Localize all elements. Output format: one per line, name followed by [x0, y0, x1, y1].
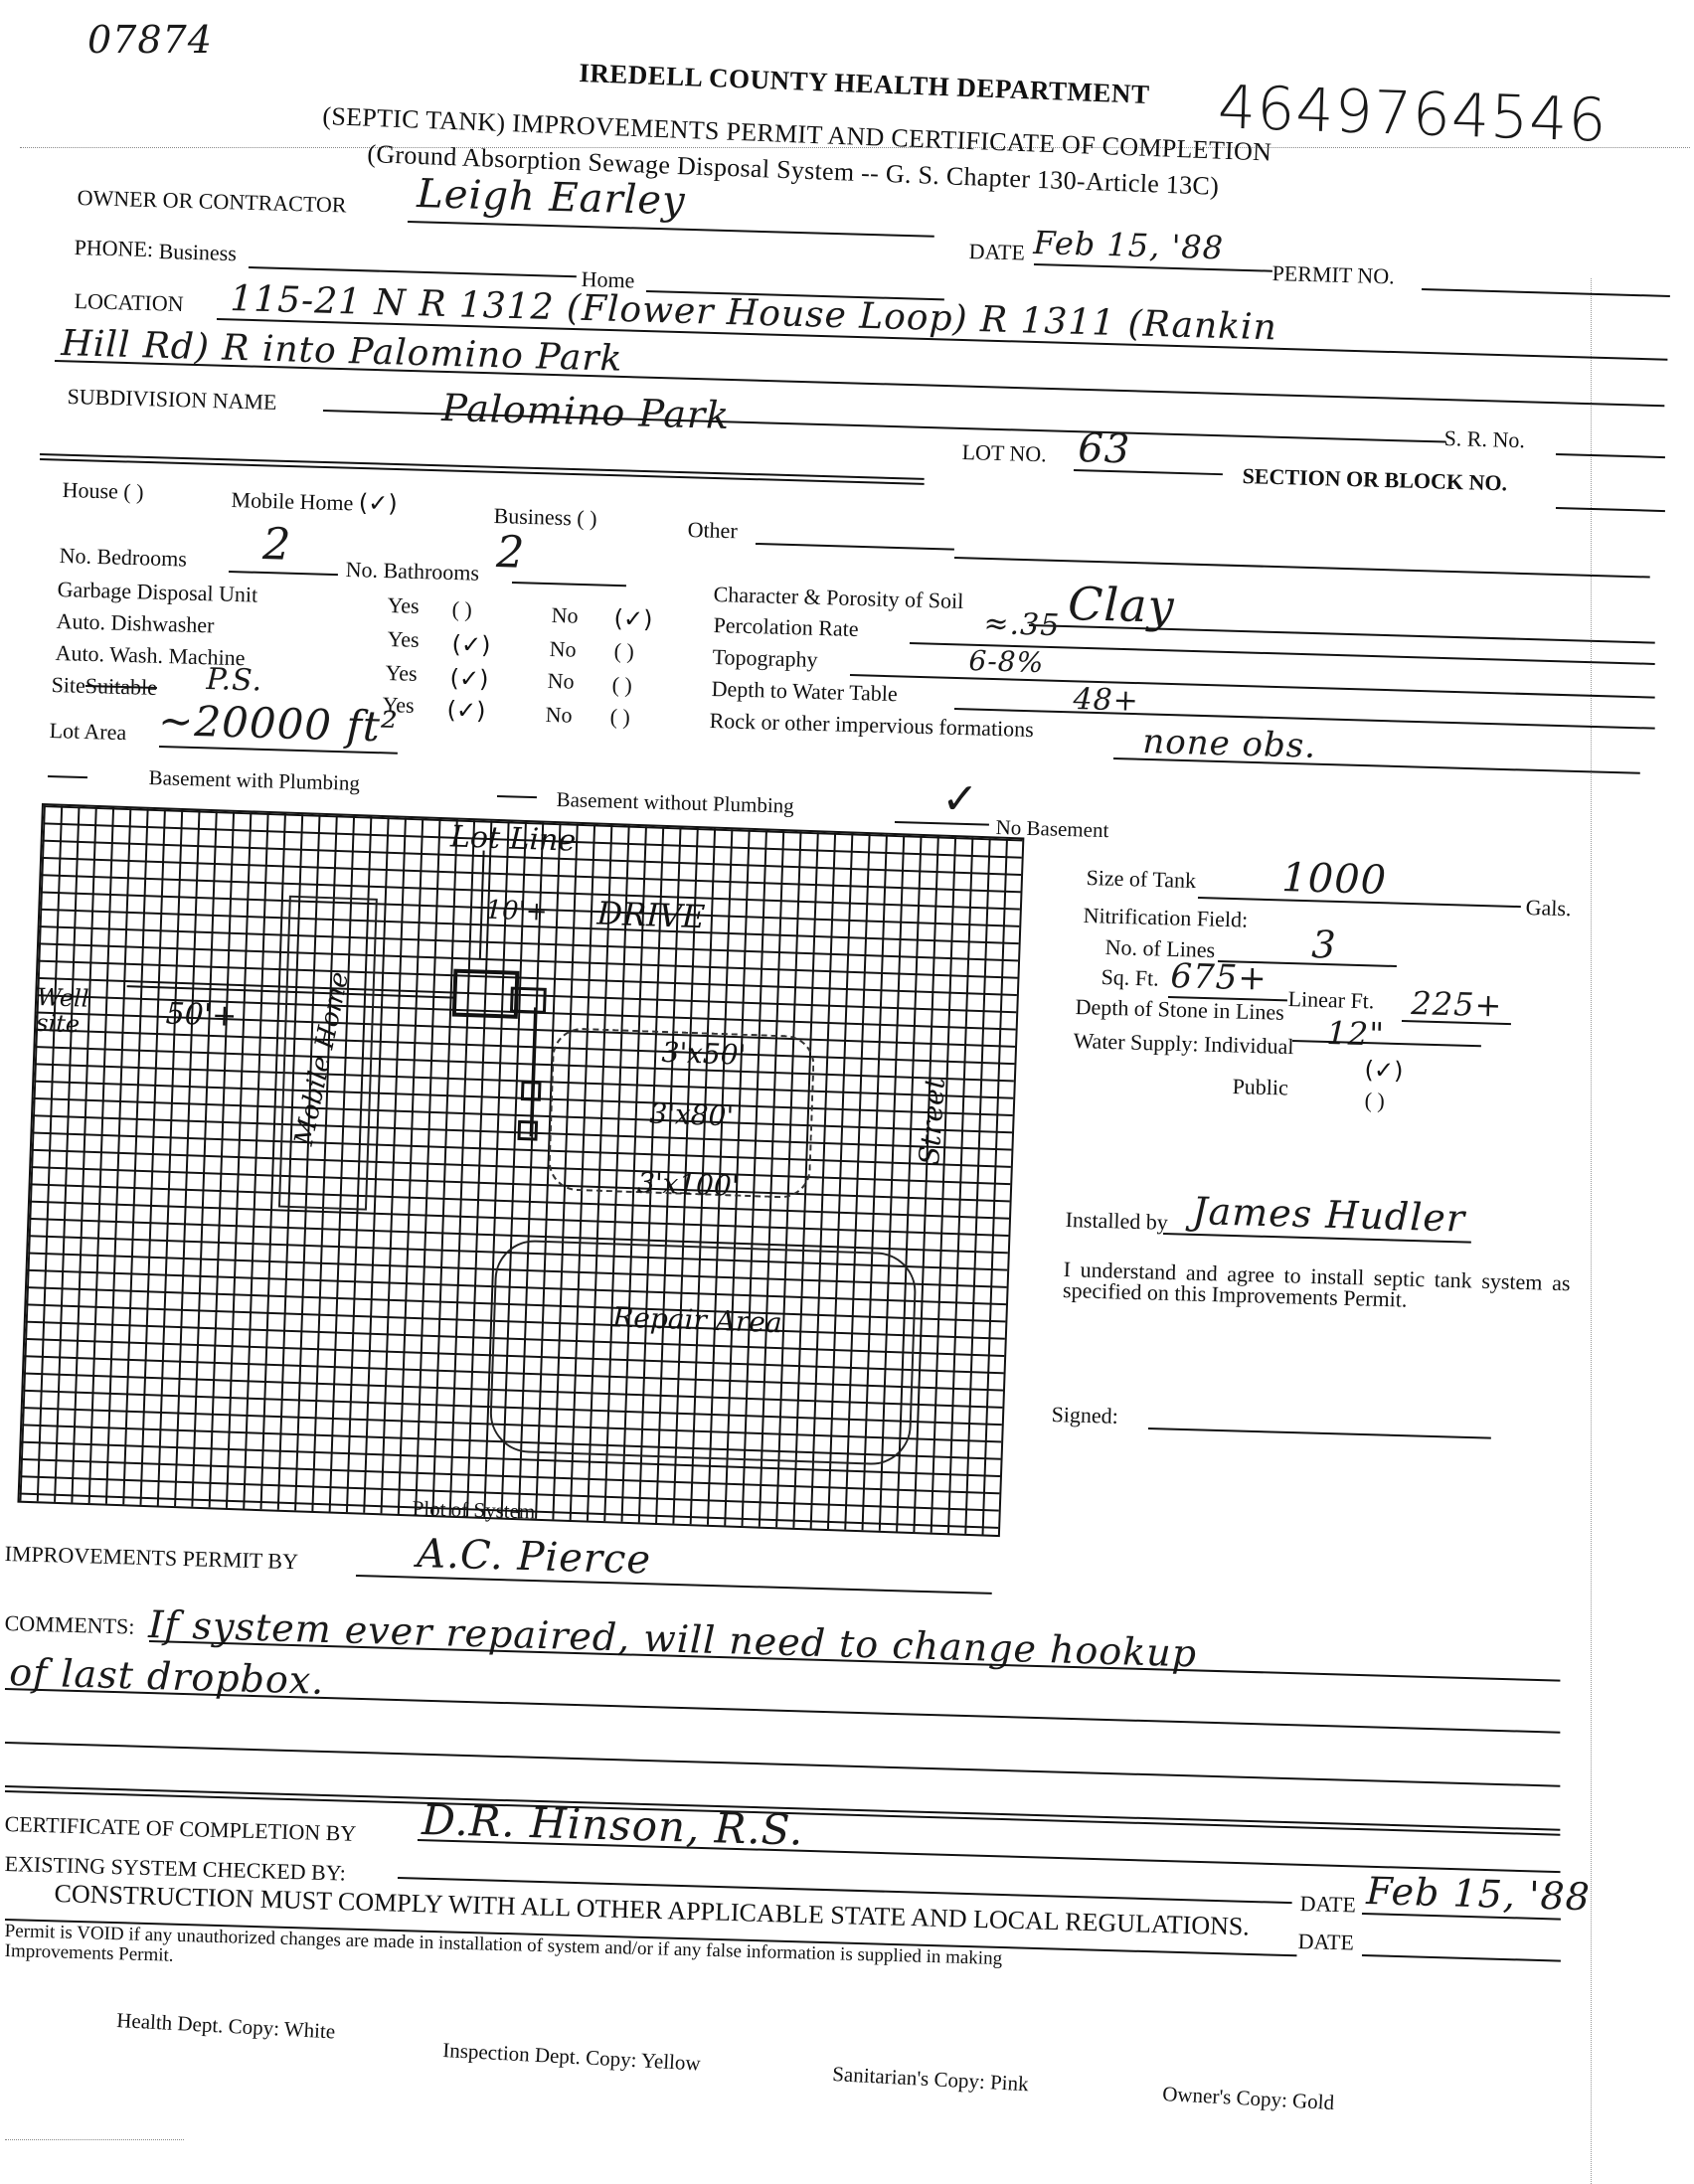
basement-without-label: Basement without Plumbing [556, 787, 794, 819]
copy-health-dept: Health Dept. Copy: White [116, 2008, 336, 2044]
percolation-label: Percolation Rate [713, 612, 859, 642]
site-yes-checkbox[interactable]: (✓) [446, 696, 486, 725]
comments-label: COMMENTS: [4, 1610, 134, 1640]
repair-area-note: Repair Area [612, 1300, 782, 1339]
garbage-yes-checkbox[interactable]: ( ) [451, 596, 472, 623]
installer-agreement: I understand and agree to install septic… [1063, 1259, 1571, 1314]
public-label: Public [1232, 1074, 1288, 1101]
signed-label: Signed: [1051, 1402, 1118, 1429]
garbage-no-checkbox[interactable]: (✓) [613, 604, 653, 633]
distance-left-note: 50'+ [165, 996, 238, 1033]
existing-date-field[interactable] [1362, 1954, 1561, 1962]
stone-depth-label: Depth of Stone in Lines [1075, 994, 1284, 1026]
street-note: Street [913, 1077, 951, 1166]
no-basement-check[interactable]: ✓ [941, 773, 980, 825]
distribution-box [510, 987, 547, 1014]
installed-by-value[interactable]: James Hudler [1192, 1189, 1466, 1241]
other-label: Other [687, 517, 738, 544]
public-checkbox[interactable]: ( ) [1364, 1088, 1385, 1114]
sr-no-field[interactable] [1556, 453, 1665, 458]
lot-area-value[interactable]: ~20000 ft² [158, 696, 400, 752]
drain-line-2: 3'x80' [649, 1097, 735, 1133]
sqft-label: Sq. Ft. [1101, 964, 1159, 992]
drive-note: DRIVE [596, 895, 706, 936]
installed-by-label: Installed by [1065, 1207, 1168, 1236]
water-supply-label: Water Supply: Individual [1073, 1028, 1294, 1060]
basement-with-label: Basement with Plumbing [148, 765, 360, 796]
dimension-arrow-vertical [479, 851, 485, 960]
phone-label: PHONE: [74, 235, 153, 262]
site-handwritten: P.S. [206, 662, 263, 699]
scan-bottom-line [5, 2139, 184, 2140]
phone-business-field[interactable] [249, 266, 577, 277]
dishwasher-yes-checkbox[interactable]: (✓) [451, 630, 491, 659]
copy-inspection-dept: Inspection Dept. Copy: Yellow [442, 2038, 702, 2077]
feature-dishwasher-label: Auto. Dishwasher [56, 608, 215, 638]
soil-character-value[interactable]: Clay [1067, 577, 1175, 633]
sqft-value[interactable]: 675+ [1170, 956, 1268, 999]
mobile-home-checkbox[interactable]: (✓) [358, 489, 398, 518]
permit-document: 07874 IREDELL COUNTY HEALTH DEPARTMENT 4… [0, 0, 1694, 2184]
nitrification-label: Nitrification Field: [1083, 903, 1248, 933]
other-field[interactable] [756, 543, 954, 551]
void-notice-line2: Improvements Permit. [4, 1940, 173, 1967]
site-no-checkbox[interactable]: ( ) [609, 704, 630, 731]
topography-label: Topography [712, 644, 818, 673]
owner-value[interactable]: Leigh Earley [417, 171, 687, 225]
linear-ft-value[interactable]: 225+ [1411, 984, 1503, 1025]
certificate-date-value[interactable]: Feb 15, '88 [1366, 1869, 1592, 1919]
subdivision-value[interactable]: Palomino Park [441, 386, 731, 437]
tank-size-value[interactable]: 1000 [1281, 855, 1388, 904]
signed-field[interactable] [1148, 1428, 1491, 1439]
owner-label: OWNER OR CONTRACTOR [77, 185, 347, 219]
bedrooms-label: No. Bedrooms [59, 543, 187, 573]
location-line2[interactable]: Hill Rd) R into Palomino Park [61, 323, 623, 380]
drop-box-1 [521, 1081, 542, 1101]
certificate-date-label: DATE [1299, 1891, 1356, 1919]
permit-by-value[interactable]: A.C. Pierce [417, 1531, 652, 1584]
basement-with-field[interactable] [48, 775, 87, 778]
date-value[interactable]: Feb 15, '88 [1033, 224, 1225, 266]
copy-sanitarian: Sanitarian's Copy: Pink [832, 2062, 1029, 2097]
header-pipe [530, 1007, 538, 1136]
lines-value[interactable]: 3 [1311, 923, 1337, 967]
parcel-number: 4649764546 [1217, 73, 1609, 156]
drain-line-3: 3'x100' [636, 1166, 740, 1203]
sr-no-label: S. R. No. [1443, 425, 1525, 453]
agency-title: IREDELL COUNTY HEALTH DEPARTMENT [579, 58, 1150, 110]
linear-ft-label: Linear Ft. [1287, 986, 1374, 1014]
lot-area-label: Lot Area [49, 718, 126, 746]
washer-yes-checkbox[interactable]: (✓) [449, 664, 489, 693]
washer-no-checkbox[interactable]: ( ) [611, 672, 632, 699]
well-site-note: Well site [36, 984, 107, 1038]
phone-business-label: Business [158, 239, 237, 266]
distance-top-note: 10'+ [485, 896, 548, 927]
mobile-home-option[interactable]: Mobile Home (✓) [231, 485, 398, 518]
drain-line-1: 3'x50' [661, 1036, 747, 1072]
permit-by-label: IMPROVEMENTS PERMIT BY [4, 1541, 298, 1575]
tank-size-unit: Gals. [1525, 895, 1572, 922]
bathrooms-value[interactable]: 2 [496, 527, 526, 579]
location-label: LOCATION [74, 288, 184, 317]
section-block-label: SECTION OR BLOCK NO. [1242, 463, 1507, 496]
rock-label: Rock or other impervious formations [709, 708, 1034, 743]
permit-no-field[interactable] [1422, 288, 1670, 297]
individual-checkbox[interactable]: (✓) [1364, 1056, 1404, 1085]
soil-character-label: Character & Porosity of Soil [713, 582, 963, 614]
stone-depth-value[interactable]: 12" [1326, 1014, 1385, 1054]
copy-owner: Owner's Copy: Gold [1162, 2082, 1335, 2115]
water-table-label: Depth to Water Table [711, 676, 898, 707]
dishwasher-no-checkbox[interactable]: ( ) [613, 638, 634, 665]
tank-size-label: Size of Tank [1086, 865, 1196, 894]
lot-no-value[interactable]: 63 [1078, 425, 1131, 472]
existing-date-label: DATE [1297, 1929, 1354, 1956]
basement-without-field[interactable] [497, 795, 537, 798]
business-checkbox[interactable]: ( ) [577, 505, 597, 531]
house-option[interactable]: House ( ) [62, 477, 144, 505]
lot-line-note: Lot Line [449, 819, 576, 858]
file-number: 07874 [87, 18, 213, 62]
subdivision-label: SUBDIVISION NAME [67, 384, 276, 416]
bathrooms-label: No. Bathrooms [345, 557, 479, 587]
bedrooms-value[interactable]: 2 [262, 519, 292, 571]
section-block-field[interactable] [1556, 507, 1665, 512]
feature-garbage-label: Garbage Disposal Unit [57, 577, 257, 608]
drop-box-2 [517, 1120, 538, 1141]
date-label: DATE [968, 239, 1025, 266]
house-checkbox[interactable]: ( ) [123, 479, 144, 505]
lot-no-label: LOT NO. [961, 439, 1047, 467]
repair-area-outline [489, 1239, 918, 1466]
plot-caption: Plot of System [412, 1496, 535, 1524]
plot-grid: Lot Line 10'+ DRIVE Well site 50'+ Mobil… [17, 803, 1024, 1537]
feature-site-label: SiteSuitable [51, 672, 157, 701]
permit-no-label: PERMIT NO. [1271, 260, 1395, 289]
topography-value[interactable]: 6-8% [968, 644, 1045, 679]
certificate-label: CERTIFICATE OF COMPLETION BY [4, 1811, 356, 1847]
percolation-value[interactable]: ≈.35 [983, 606, 1061, 643]
